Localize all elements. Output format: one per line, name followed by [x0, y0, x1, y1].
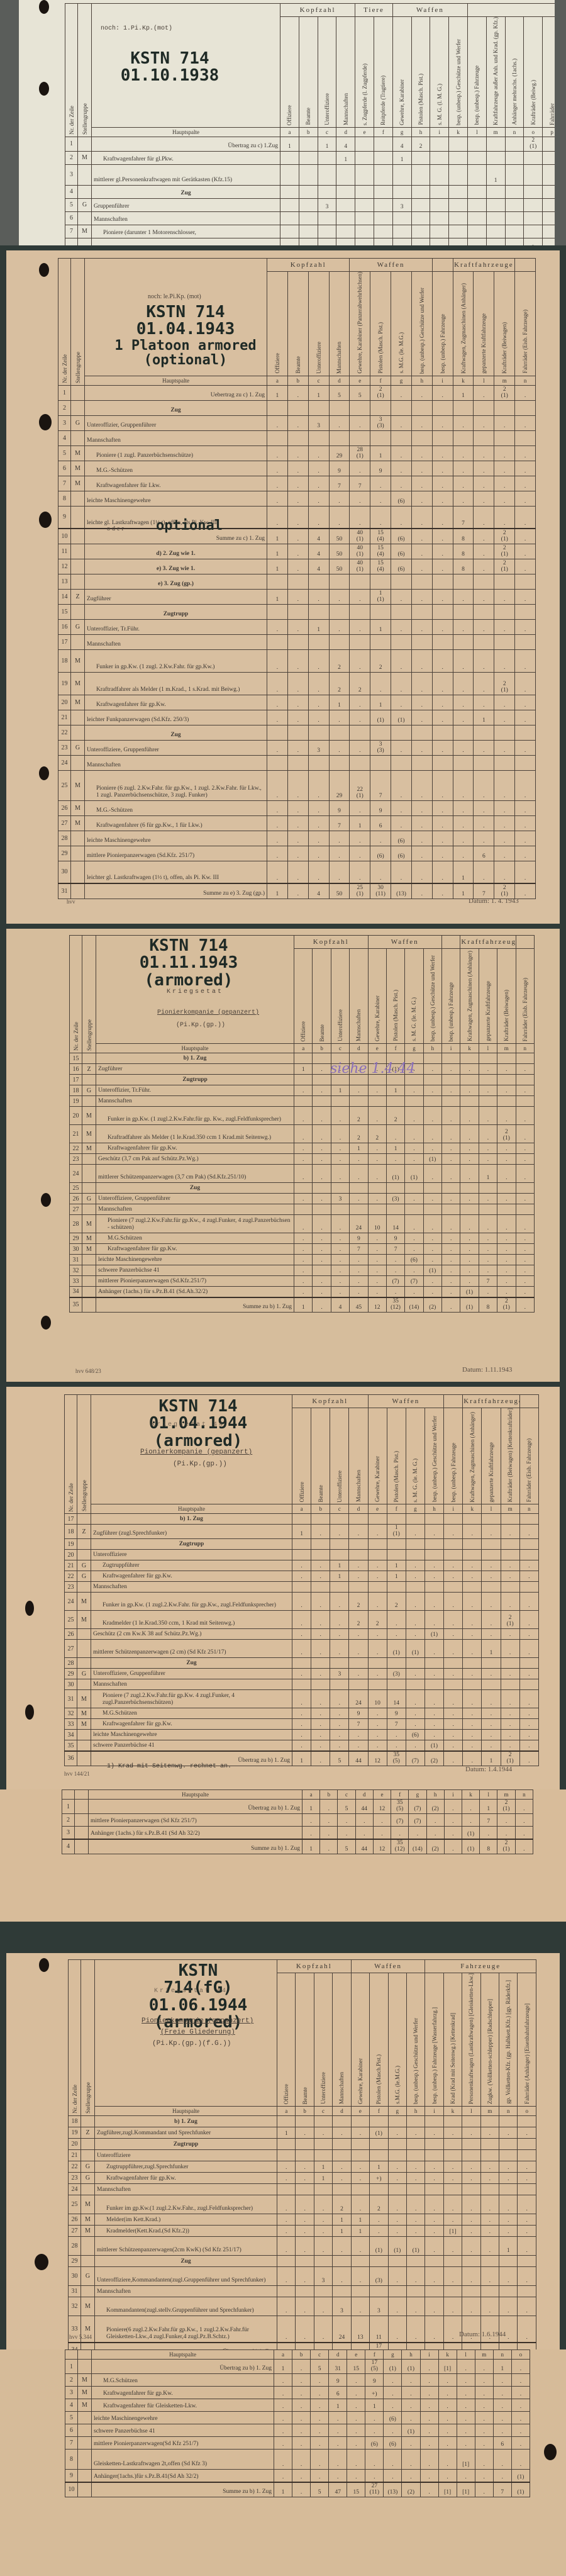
cell-i: .: [442, 1125, 460, 1143]
footnote: 1) Krad mit Seitenwg. rechnet an.: [107, 1763, 231, 1770]
cell-c: .: [331, 1165, 349, 1183]
row-number: 5: [58, 445, 71, 461]
cell-c: .: [331, 1244, 349, 1255]
row-number: 4: [58, 430, 71, 445]
cell-l: .: [479, 1125, 497, 1143]
cell-m: .: [501, 1708, 519, 1719]
cell-e: .: [350, 461, 370, 476]
cell-h: .: [402, 2399, 420, 2412]
cell-g: (14): [405, 1297, 423, 1313]
cell-f: [374, 198, 392, 211]
row-description: Funker in gp.Kw. (1 zugl. 2.Kw.Fahr. für…: [85, 649, 267, 672]
cell-h: .: [411, 491, 432, 506]
row-description: Unteroffiziere, Gruppenführer: [91, 1669, 292, 1679]
cell-n: .: [516, 1107, 535, 1125]
row-description: Geschütz (2 cm Kw.K 38 auf Schütz.Pz.Wg.…: [91, 1629, 292, 1640]
cell-n: 1: [493, 2360, 511, 2374]
cell-d: 6: [329, 2387, 347, 2399]
cell-e: .: [368, 1740, 387, 1751]
row-description: Mannschaften: [91, 1679, 292, 1690]
column-letter: k: [443, 2107, 462, 2116]
cell-b: .: [311, 1629, 330, 1640]
cell-g: .: [391, 800, 412, 815]
cell-m: .: [501, 1593, 519, 1611]
nr-header: Nr. der Zeile: [58, 259, 71, 386]
cell-n: .: [515, 619, 536, 634]
cell-d: [333, 2286, 351, 2297]
cell-m: 2(1): [497, 1125, 516, 1143]
cell-c: .: [330, 1708, 349, 1719]
row-number: 34: [70, 1287, 82, 1297]
cell-k: [463, 1550, 482, 1560]
stellengruppe-code: M: [71, 461, 85, 476]
cell-e: 10: [368, 1215, 386, 1233]
cell-m: .: [480, 2161, 499, 2173]
cell-d: 9: [349, 1708, 368, 1719]
cell-f: .: [386, 1154, 404, 1165]
cell-k: [449, 225, 468, 238]
row-description: Zug: [85, 725, 267, 740]
cell-l: .: [479, 1194, 497, 1204]
cell-k: [453, 604, 474, 619]
cell-d: 1: [333, 2214, 351, 2226]
table-row: 28mittlerer Schützenpanzerwagen(2cm KwK)…: [69, 2237, 536, 2256]
footer-code: hvv 5.344: [69, 2334, 92, 2340]
cell-n: [519, 1539, 538, 1550]
cell-k: [463, 1658, 482, 1669]
cell-e: 12: [373, 1800, 391, 1814]
cell-a: 1: [280, 137, 299, 151]
cell-i: .: [442, 1107, 460, 1125]
cell-h: .: [423, 1194, 441, 1204]
table-row: 7MKraftwagenfahrer für Lkw....77........: [58, 476, 536, 491]
row-description: Zugtruppführer: [91, 1560, 292, 1571]
cell-m: .: [494, 491, 515, 506]
cell-c: .: [314, 2316, 332, 2343]
overlay-title: KSTN 714 01.11.1943 (armored): [132, 938, 245, 989]
cell-b: .: [287, 476, 308, 491]
cell-h: .: [425, 1640, 443, 1658]
row-number: 27: [65, 1640, 77, 1658]
cell-c: .: [308, 491, 329, 506]
cell-e: [355, 151, 374, 164]
cell-m: [494, 634, 515, 649]
table-row: 17b) 1. Zug: [65, 1514, 539, 1525]
cell-c: .: [331, 1154, 349, 1165]
cell-e: .: [350, 589, 370, 604]
sheet-1938: Nr. der ZeileStellengruppeKopfzahlTiereW…: [0, 0, 566, 245]
cell-f: .: [386, 1125, 404, 1143]
column-group-tiere: Tiere: [355, 4, 393, 17]
stellengruppe-code: M: [78, 2374, 92, 2387]
cell-i: .: [444, 1719, 463, 1730]
row-number: 25: [69, 2195, 81, 2214]
cell-g: [391, 634, 412, 649]
cell-h: (1): [425, 1629, 443, 1640]
cell-c: 1: [308, 619, 329, 634]
cell-g: [391, 604, 412, 619]
cell-l: .: [480, 1827, 497, 1839]
stellengruppe-code: [71, 529, 85, 544]
stellengruppe-code: M: [71, 695, 85, 710]
cell-b: .: [313, 1125, 331, 1143]
cell-a: [277, 2286, 296, 2297]
cell-m: .: [480, 2127, 499, 2139]
cell-h: [411, 634, 432, 649]
cell-c: .: [330, 1740, 349, 1751]
row-number: 3: [65, 2387, 78, 2399]
cell-e: 1: [351, 2214, 369, 2226]
cell-b: .: [313, 1244, 331, 1255]
row-description: leichte Maschinengewehre: [85, 831, 267, 846]
cell-f: (6): [370, 846, 391, 861]
cell-m: .: [497, 1215, 516, 1233]
cell-b: .: [292, 2374, 311, 2387]
cell-n: .: [515, 506, 536, 529]
row-description: leichte Maschinengewehre: [91, 1730, 292, 1740]
cell-m: .: [494, 445, 515, 461]
cell-a: [267, 725, 288, 740]
cell-m: 2(1): [494, 544, 515, 559]
cell-g: (7): [406, 1751, 425, 1766]
cell-h: [406, 2256, 425, 2267]
cell-b: [287, 725, 308, 740]
cell-f: [374, 164, 392, 185]
stellengruppe-code: [77, 1751, 91, 1766]
cell-g: .: [391, 672, 412, 695]
cell-d: 1: [329, 695, 350, 710]
table-row: 25MKradmelder (1 le.Krad.350 ccm, 1 Krad…: [65, 1611, 539, 1629]
row-description: Uebertrag zu c) 1. Zug: [85, 385, 267, 400]
ink-blot: [39, 414, 52, 430]
cell-f: 9: [365, 2374, 384, 2387]
cell-b: .: [311, 1740, 330, 1751]
cell-f: .: [387, 1629, 406, 1640]
table-row: 18b) 1. Zug: [69, 2116, 536, 2127]
cell-l: 1: [479, 1165, 497, 1183]
cell-m: [480, 2116, 499, 2127]
column-letter: f: [387, 1504, 406, 1514]
strength-table-1944-04: Nr. der ZeileStellengruppeKopfzahlWaffen…: [64, 1394, 539, 1766]
cell-d: .: [349, 1669, 368, 1679]
cell-n: .: [515, 445, 536, 461]
cell-h: .: [423, 1165, 441, 1183]
cell-f: (6): [365, 2437, 384, 2450]
cell-b: .: [313, 1143, 331, 1154]
cell-k: [453, 755, 474, 770]
cell-c: [318, 238, 336, 245]
cell-h: .: [411, 529, 432, 544]
row-description: Pioniere (1 zugl. Panzerbüchsenschütze): [85, 445, 267, 461]
cell-g: .: [388, 2316, 406, 2343]
column-letter: b: [287, 376, 308, 385]
cell-o: .: [511, 2387, 530, 2399]
cell-k: (1): [460, 1287, 479, 1297]
cell-f: (7): [391, 1814, 409, 1827]
cell-b: [311, 1582, 330, 1593]
cell-n: .: [499, 2127, 518, 2139]
cell-i: .: [432, 846, 453, 861]
cell-o: [524, 185, 543, 198]
cell-k: .: [460, 1244, 479, 1255]
cell-o: [518, 2184, 536, 2195]
cell-d: [333, 2150, 351, 2161]
cell-k: .: [460, 1143, 479, 1154]
row-description: Mannschaften: [85, 634, 267, 649]
cell-m: .: [501, 1719, 519, 1730]
cell-e: .: [368, 1593, 387, 1611]
footer-date: Datum: 1.4.1944: [465, 1766, 512, 1773]
table-row: 18GUnteroffizier, Tr.Führ...1..1.......: [70, 1085, 535, 1096]
cell-n: .: [493, 2424, 511, 2437]
stellengruppe-code: [71, 831, 85, 846]
table-row: 26GUnteroffiziere, Gruppenführer..3..(3)…: [70, 1194, 535, 1204]
cell-i: [442, 1075, 460, 1085]
cell-d: [336, 225, 355, 238]
row-description: M.G.-Schützen: [85, 800, 267, 815]
cell-k: .: [460, 1215, 479, 1233]
stellengruppe-header: Stellengruppe: [71, 259, 85, 386]
cell-h: .: [411, 800, 432, 815]
cell-l: [482, 1679, 501, 1690]
table-row: 5GGruppenführer33: [65, 198, 562, 211]
cell-b: .: [311, 1708, 330, 1719]
cell-f: [370, 755, 391, 770]
row-number: 23: [69, 2173, 81, 2184]
cell-g: .: [405, 1265, 423, 1276]
cell-n: .: [515, 559, 536, 574]
cell-d: 5: [329, 385, 350, 400]
cell-l: .: [457, 2374, 475, 2387]
cell-b: .: [296, 2161, 314, 2173]
cell-g: .: [405, 1085, 423, 1096]
cell-i: [444, 1679, 463, 1690]
cell-f: .: [365, 2424, 384, 2437]
column-letter: n: [519, 1504, 538, 1514]
cell-o: [524, 164, 543, 185]
cell-k: [449, 151, 468, 164]
cell-n: [515, 574, 536, 589]
cell-l: .: [482, 1669, 501, 1679]
cell-o: .: [511, 2437, 530, 2450]
cell-n: [505, 164, 524, 185]
cell-m: .: [497, 1165, 516, 1183]
cell-l: .: [479, 1233, 497, 1244]
cell-n: .: [515, 476, 536, 491]
summary-row: 10Summe zu b) 1. Zug1.5471527(11)(13)(2)…: [65, 2482, 530, 2497]
cell-n: [505, 137, 524, 151]
cell-b: .: [292, 2437, 311, 2450]
cell-c: 4: [308, 529, 329, 544]
cell-n: .: [499, 2297, 518, 2316]
cell-d: .: [355, 1827, 373, 1839]
cell-e: .: [347, 2450, 365, 2470]
cell-f: 14: [387, 1690, 406, 1708]
cell-l: [479, 1183, 497, 1194]
cell-f: 2: [370, 2195, 388, 2214]
cell-m: [497, 1183, 516, 1194]
stellengruppe-code: [78, 2424, 92, 2437]
cell-l: 8: [480, 1839, 497, 1854]
row-description: Kraftwagenfahrer für gp.Kw.: [96, 1244, 294, 1255]
cell-d: .: [349, 1730, 368, 1740]
cell-i: .: [442, 1265, 460, 1276]
cell-c: 3: [308, 415, 329, 430]
table-row: 3Anhänger (1achs.) für s.Pz.B.41 (Sd Ah …: [62, 1827, 533, 1839]
table-row: 20MFunker in gp.Kw. (1 zugl.2.Kw.Fahr.fü…: [70, 1107, 535, 1125]
cell-n: .: [516, 1276, 535, 1287]
stellengruppe-code: M: [71, 476, 85, 491]
row-number: 16: [58, 619, 71, 634]
cell-b: .: [287, 740, 308, 755]
cell-a: .: [274, 2412, 292, 2424]
row-description: Übertrag zu b) 1. Zug: [95, 2343, 277, 2349]
cell-k: [1]: [438, 2360, 457, 2374]
column-letter: b: [299, 127, 318, 137]
cell-e: .: [368, 1629, 387, 1640]
cell-e: 10: [368, 1690, 387, 1708]
cell-k: .: [453, 815, 474, 831]
cell-g: .: [405, 1143, 423, 1154]
cell-n: .: [519, 1669, 538, 1679]
table-row: 27MKraftwagenfahrer (6 für gp.Kw., 1 für…: [58, 815, 536, 831]
cell-m: .: [480, 2195, 499, 2214]
cell-e: .: [350, 491, 370, 506]
cell-g: [406, 1514, 425, 1525]
cell-l: .: [474, 831, 494, 846]
row-description: M.G.Schützen: [91, 1708, 292, 1719]
cell-b: .: [287, 544, 308, 559]
stellengruppe-code: G: [71, 415, 85, 430]
summary-row: 4Summe zu b) 1. Zug1.5441235(12)(14)(2).…: [62, 1839, 533, 1854]
cell-c: 1: [330, 1571, 349, 1582]
cell-i: .: [444, 1800, 462, 1814]
cell-k: [449, 137, 468, 151]
cell-e: [368, 1096, 386, 1107]
cell-l: 1: [480, 1800, 497, 1814]
cell-f: .: [386, 1287, 404, 1297]
cell-g: .: [405, 1244, 423, 1255]
cell-f: .: [365, 2412, 384, 2424]
cell-b: [313, 1265, 331, 1276]
cell-g: .: [391, 815, 412, 831]
cell-c: .: [331, 1125, 349, 1143]
cell-m: .: [475, 2424, 493, 2437]
cell-a: .: [292, 1640, 311, 1658]
table-row: 27mittlerer Schützenpanzerwagen (2 cm) (…: [65, 1640, 539, 1658]
row-number: 33: [65, 1719, 77, 1730]
table-row: 34Anhänger (1achs.) für s.Pz.B.41 (Sd.Ah…: [70, 1287, 535, 1297]
hauptspalte-header: Hauptspalte: [92, 127, 280, 137]
cell-i: .: [432, 529, 453, 544]
stellengruppe-code: M: [71, 445, 85, 461]
column-letter: e: [347, 2350, 365, 2360]
cell-c: .: [314, 2127, 332, 2139]
column-group-waffen: Waffen: [350, 259, 432, 272]
cell-a: [294, 1053, 313, 1064]
cell-m: .: [497, 1255, 516, 1265]
cell-l: [479, 1204, 497, 1215]
cell-d: .: [350, 1287, 368, 1297]
cell-g: (6): [391, 529, 412, 544]
cell-n: .: [499, 2316, 518, 2343]
cell-i: .: [432, 770, 453, 800]
stellengruppe-code: [71, 544, 85, 559]
cell-b: .: [311, 1593, 330, 1611]
row-number: 35: [65, 1740, 77, 1751]
column-group-fahrzeuge: Fahrzeuge: [425, 1960, 536, 1973]
cell-n: .: [515, 529, 536, 544]
cell-d: .: [329, 2412, 347, 2424]
cell-a: .: [274, 2424, 292, 2437]
cell-m: .: [497, 1244, 516, 1255]
table-row: 3MKraftwagenfahrer für gp.Kw....6.+)....…: [65, 2387, 530, 2399]
cell-e: 12: [368, 1297, 386, 1313]
row-number: 9: [58, 506, 71, 529]
cell-f: [386, 1096, 404, 1107]
cell-a: .: [292, 1611, 311, 1629]
cell-f: 2: [387, 1593, 406, 1611]
table-row: 19Zugtrupp: [65, 1539, 539, 1550]
cell-d: .: [333, 2127, 351, 2139]
cell-k: .: [443, 2195, 462, 2214]
cell-i: .: [425, 2195, 443, 2214]
cell-n: [499, 2150, 518, 2161]
cell-m: 2(1): [501, 1611, 519, 1629]
cell-m: .: [475, 2387, 493, 2399]
cell-g: [406, 1550, 425, 1560]
cell-d: .: [329, 2450, 347, 2470]
table-row: 2Zug: [58, 400, 536, 415]
table-row: 86 zugl.Kw.Begl.,1 auf s.Krad.mit Beiwg.…: [65, 238, 562, 245]
table-row: 30Mannschaften: [65, 1679, 539, 1690]
cell-e: .: [350, 846, 370, 861]
cell-h: .: [411, 385, 432, 400]
cell-b: [299, 137, 318, 151]
cell-a: 1: [267, 544, 288, 559]
cell-f: .: [370, 831, 391, 846]
cell-g: .: [406, 1571, 425, 1582]
cell-h: [425, 1679, 443, 1690]
cell-g: (6): [384, 2412, 402, 2424]
cell-f: .: [387, 1740, 406, 1751]
table-row: 30MKraftwagenfahrer für gp.Kw....7.7....…: [70, 1244, 535, 1255]
table-row: 29MM.G.Schützen...9.9.......: [70, 1233, 535, 1244]
cell-k: .: [443, 2316, 462, 2343]
cell-h: [425, 1539, 443, 1550]
cell-m: .: [497, 1814, 515, 1827]
cell-i: [425, 2139, 443, 2150]
cell-m: .: [501, 1669, 519, 1679]
header-group-row: Nr. der ZeileStellengruppeKopfzahlWaffen…: [58, 259, 536, 272]
table-row: 22Zug: [58, 725, 536, 740]
cell-b: .: [287, 770, 308, 800]
table-row: 7MPioniere (darunter 1 Motorenschlosser,: [65, 225, 562, 238]
column-header: Krafträder (Beiwg.): [524, 17, 543, 128]
cell-e: .: [351, 2127, 369, 2139]
row-number: 34: [69, 2343, 81, 2349]
cell-i: .: [432, 544, 453, 559]
cell-k: .: [438, 2424, 457, 2437]
cell-k: 7: [453, 506, 474, 529]
row-description: Übertrag zu c) 1.Zug: [92, 137, 280, 151]
column-letter: n: [499, 2107, 518, 2116]
cell-n: .: [499, 2267, 518, 2286]
row-description: Kraftwagenfahrer für gp.Kw.: [91, 1719, 292, 1730]
cell-b: .: [320, 1814, 338, 1827]
cell-i: .: [425, 2267, 443, 2286]
stellengruppe-code: G: [77, 1571, 91, 1582]
